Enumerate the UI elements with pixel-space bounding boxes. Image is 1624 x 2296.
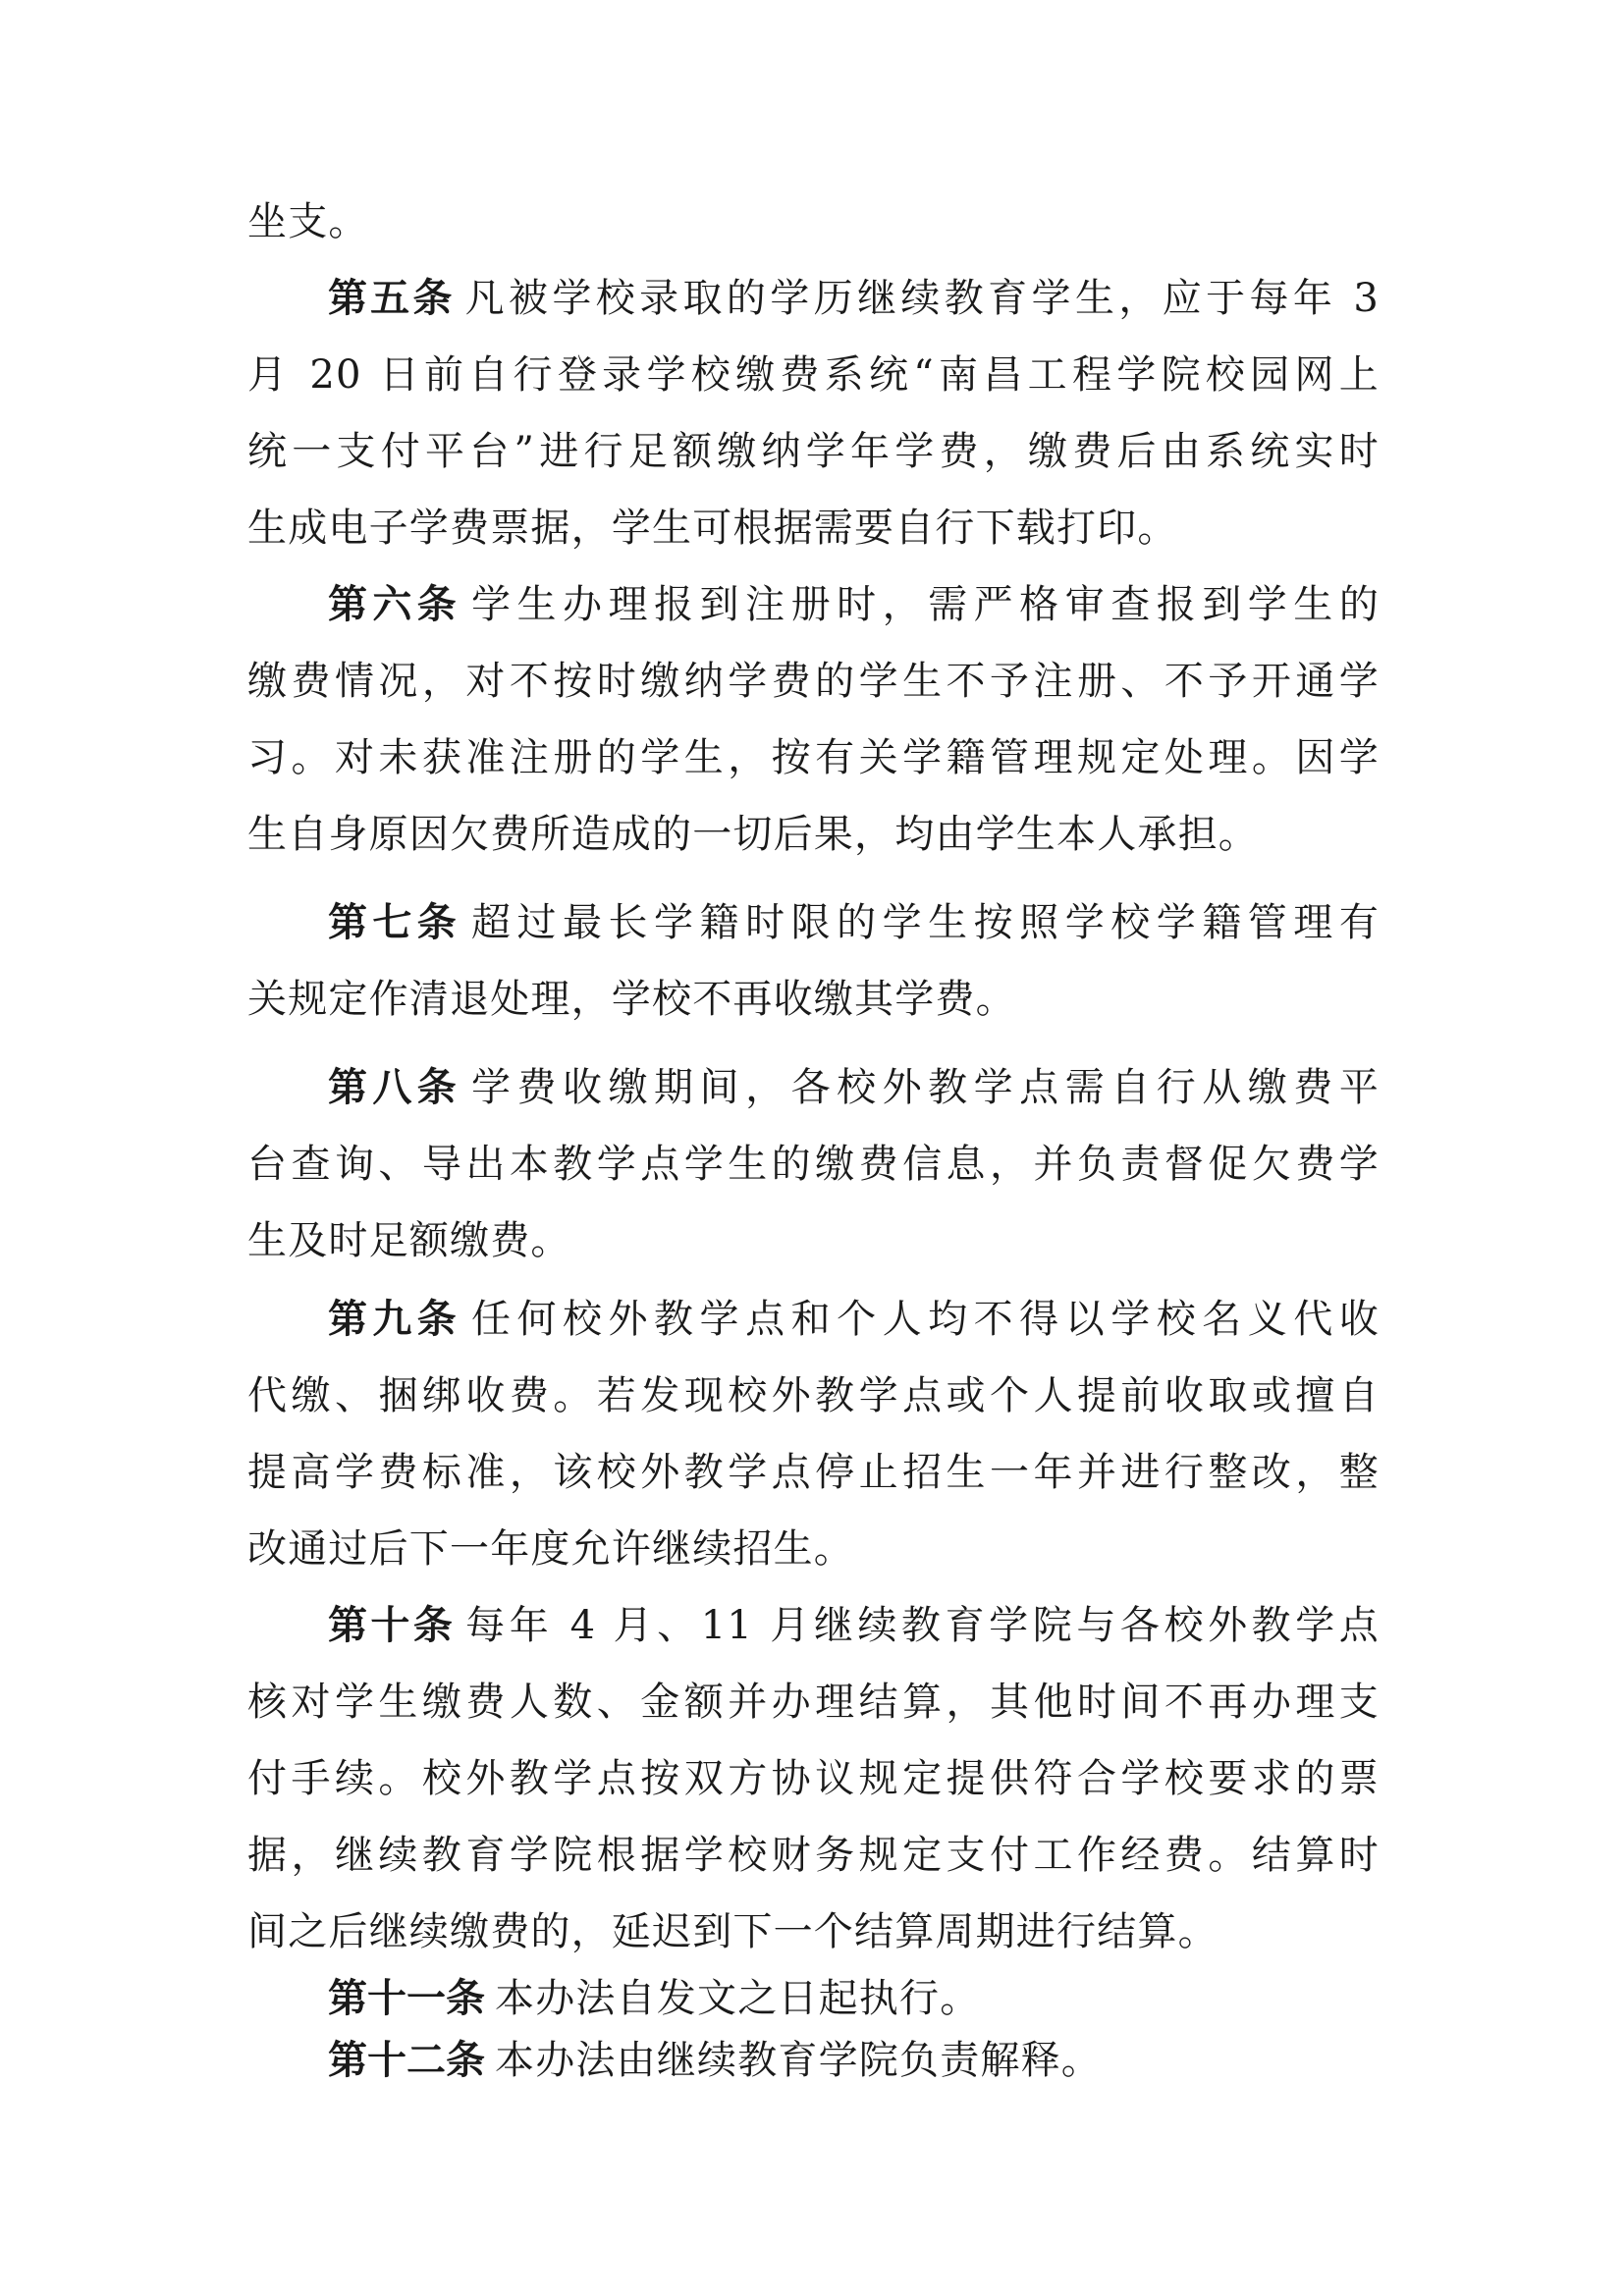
text-line: 关规定作清退处理，学校不再收缴其学费。	[247, 974, 1016, 1025]
text-line: 月 20 日前自行登录学校缴费系统“南昌工程学院校园网上	[247, 349, 1380, 400]
line-text: 每年 4 月、11 月继续教育学院与各校外教学点	[465, 1603, 1380, 1648]
article-heading: 第七条	[328, 900, 461, 945]
text-line: 缴费情况，对不按时缴纳学费的学生不予注册、不予开通学	[247, 656, 1380, 707]
article-6: 第六条学生办理报到注册时，需严格审查报到学生的	[247, 579, 1380, 630]
article-5: 第五条凡被学校录取的学历继续教育学生，应于每年 3	[247, 273, 1380, 324]
text-line: 代缴、捆绑收费。若发现校外教学点或个人提前收取或擅自	[247, 1370, 1380, 1421]
article-heading: 第十一条	[328, 1976, 485, 2021]
line-text: 本办法由继续教育学院负责解释。	[495, 2038, 1102, 2083]
article-9: 第九条任何校外教学点和个人均不得以学校名义代收	[247, 1294, 1380, 1345]
text-line: 据，继续教育学院根据学校财务规定支付工作经费。结算时	[247, 1830, 1380, 1881]
text-line: 生自身原因欠费所造成的一切后果，均由学生本人承担。	[247, 809, 1259, 860]
text-line: 坐支。	[247, 196, 369, 247]
article-heading: 第十条	[328, 1603, 456, 1648]
article-12: 第十二条本办法由继续教育学院负责解释。	[247, 2035, 1102, 2086]
line-text: 本办法自发文之日起执行。	[495, 1976, 980, 2021]
line-text: 学生办理报到注册时，需严格审查报到学生的	[471, 582, 1380, 627]
line-text: 学费收缴期间，各校外教学点需自行从缴费平	[471, 1065, 1380, 1110]
article-8: 第八条学费收缴期间，各校外教学点需自行从缴费平	[247, 1062, 1380, 1113]
text-line: 提高学费标准，该校外教学点停止招生一年并进行整改，整	[247, 1447, 1380, 1498]
line-text: 凡被学校录取的学历继续教育学生，应于每年 3	[465, 276, 1380, 321]
text-line: 习。对未获准注册的学生，按有关学籍管理规定处理。因学	[247, 732, 1380, 783]
article-10: 第十条每年 4 月、11 月继续教育学院与各校外教学点	[247, 1600, 1380, 1651]
article-heading: 第八条	[328, 1065, 461, 1110]
text-line: 核对学生缴费人数、金额并办理结算，其他时间不再办理支	[247, 1677, 1380, 1728]
line-text: 坐支。	[247, 199, 369, 244]
article-heading: 第九条	[328, 1297, 461, 1342]
text-line: 付手续。校外教学点按双方协议规定提供符合学校要求的票	[247, 1753, 1380, 1804]
article-heading: 第五条	[328, 276, 456, 321]
text-line: 间之后继续缴费的，延迟到下一个结算周期进行结算。	[247, 1906, 1218, 1957]
line-text: 超过最长学籍时限的学生按照学校学籍管理有	[471, 900, 1380, 945]
article-7: 第七条超过最长学籍时限的学生按照学校学籍管理有	[247, 897, 1380, 948]
text-line: 生成电子学费票据，学生可根据需要自行下载打印。	[247, 503, 1178, 554]
text-line: 台查询、导出本教学点学生的缴费信息，并负责督促欠费学	[247, 1139, 1380, 1190]
article-11: 第十一条本办法自发文之日起执行。	[247, 1973, 980, 2024]
text-line: 统一支付平台”进行足额缴纳学年学费，缴费后由系统实时	[247, 426, 1380, 477]
article-heading: 第六条	[328, 582, 461, 627]
article-heading: 第十二条	[328, 2038, 485, 2083]
line-text: 任何校外教学点和个人均不得以学校名义代收	[471, 1297, 1380, 1342]
text-line: 生及时足额缴费。	[247, 1215, 571, 1266]
text-line: 改通过后下一年度允许继续招生。	[247, 1523, 854, 1575]
